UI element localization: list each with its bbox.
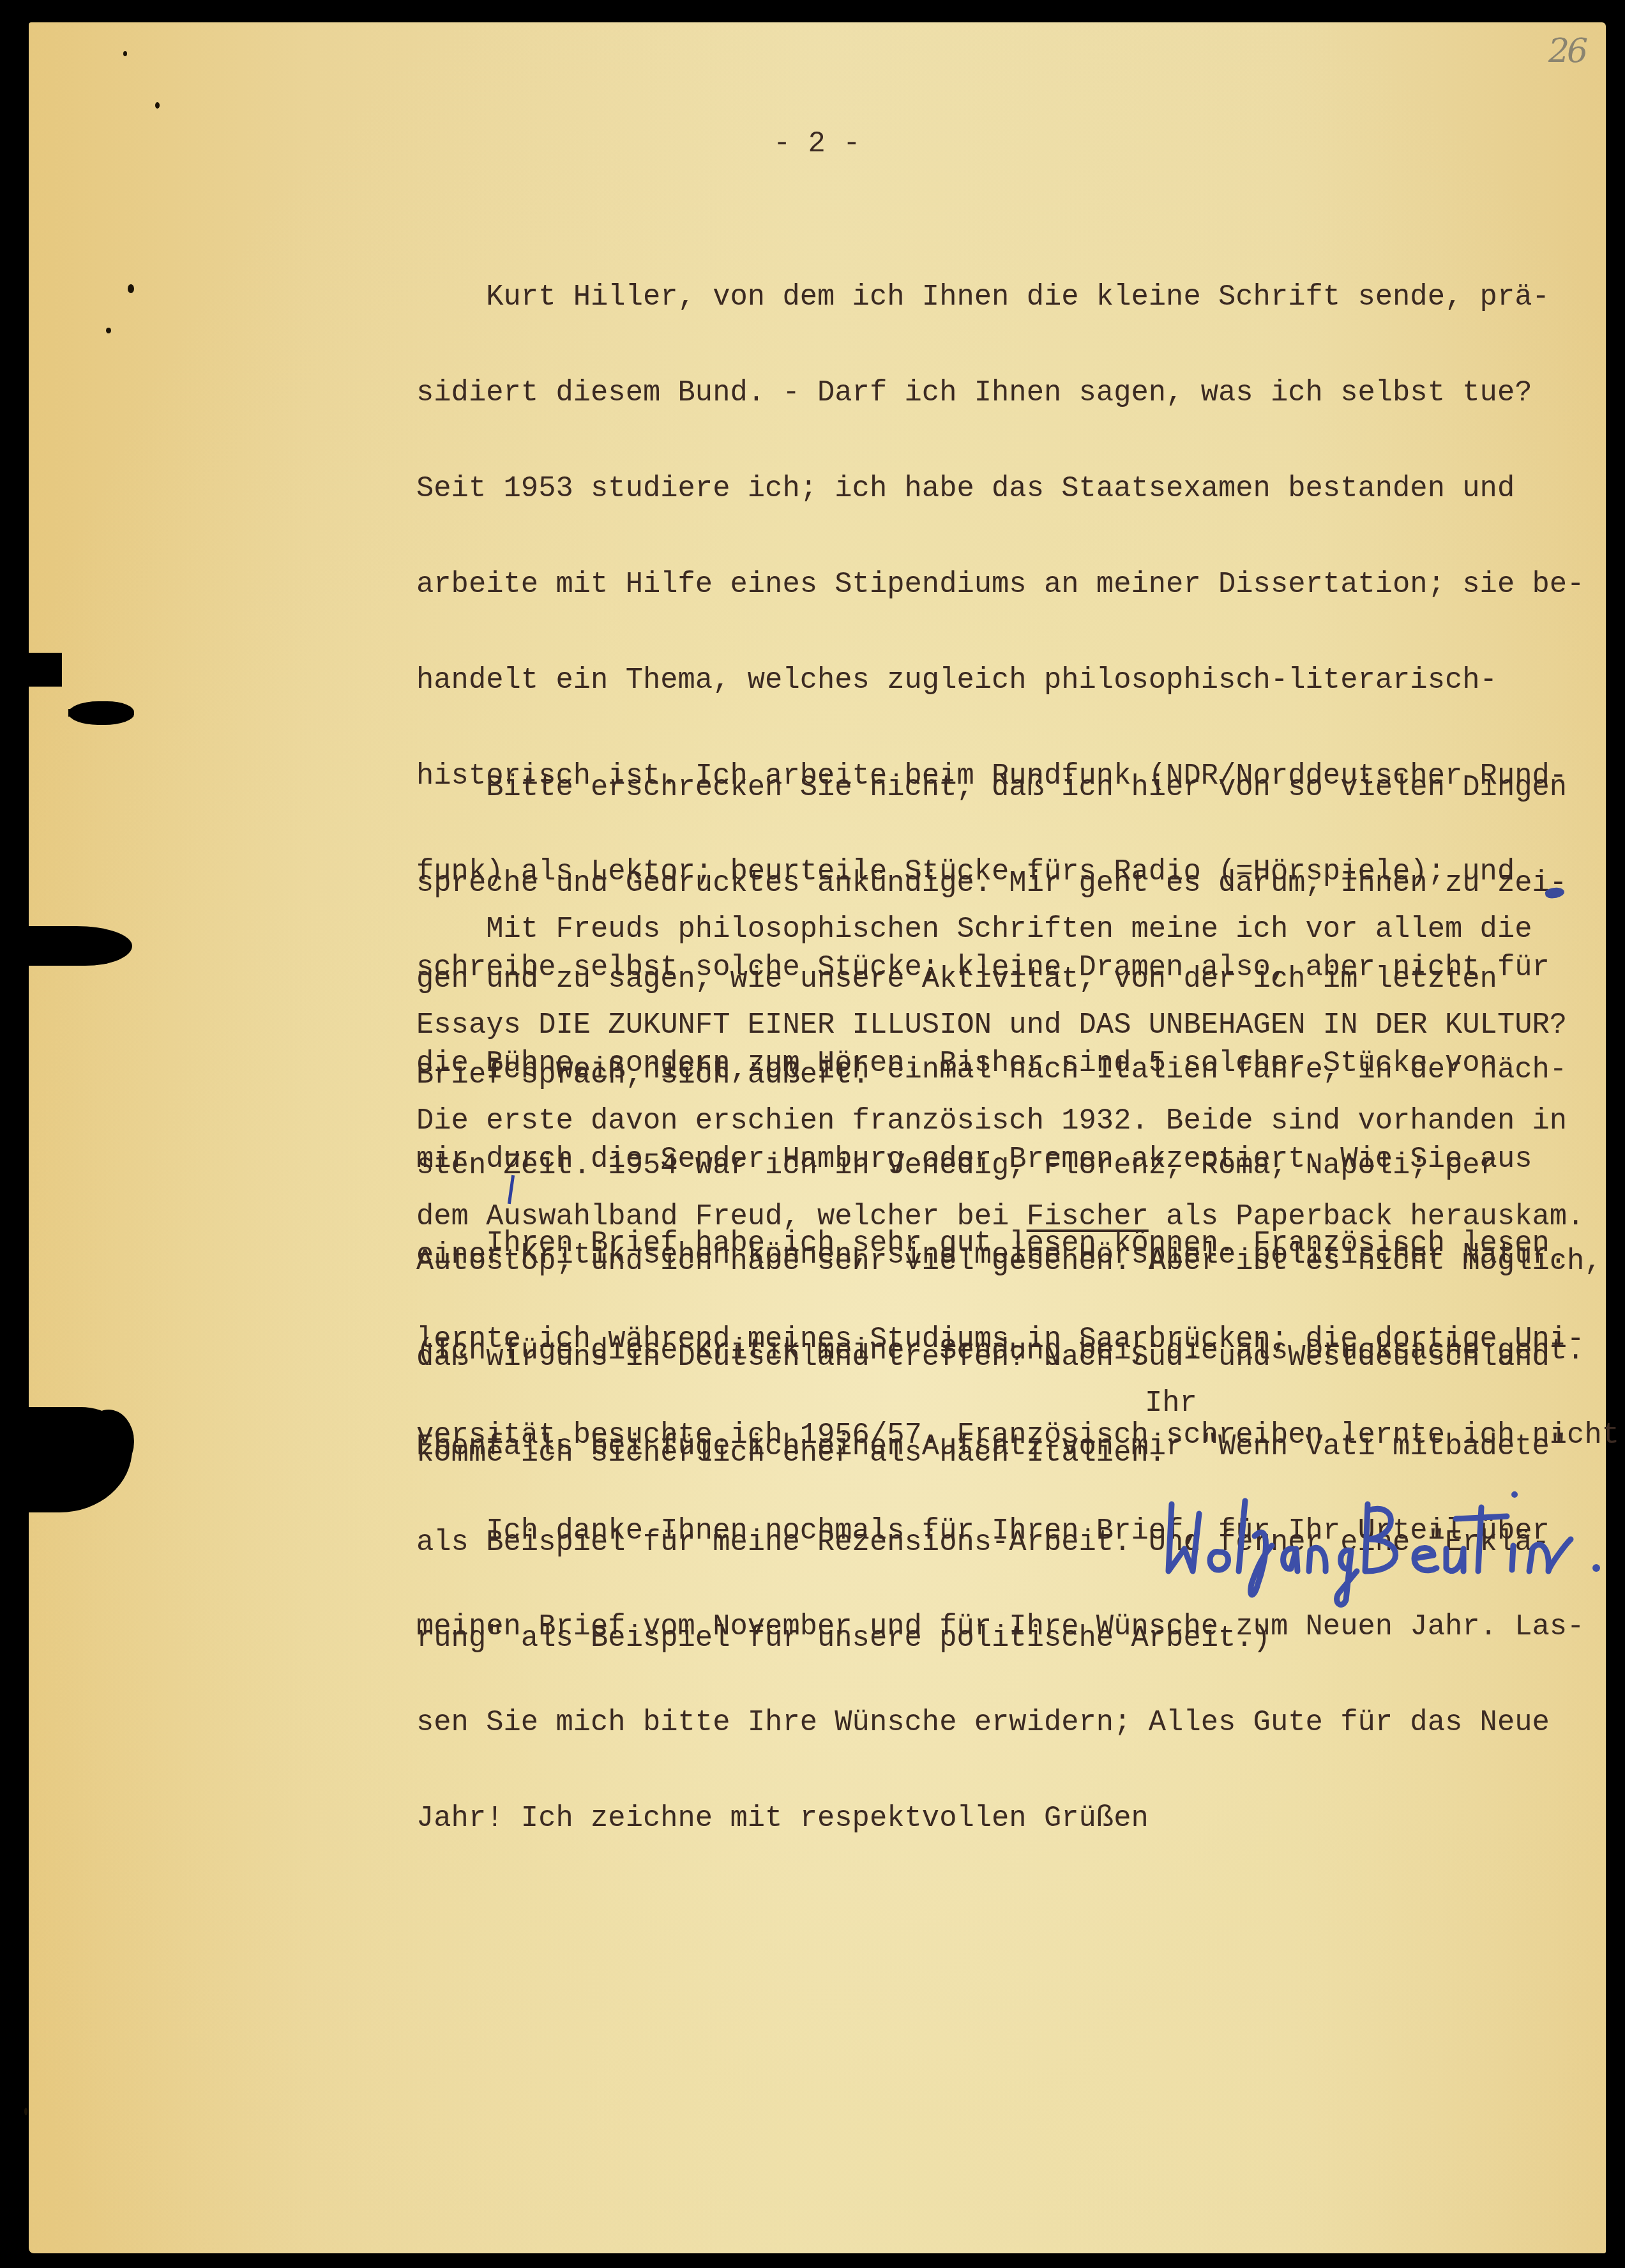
text-line: sidiert diesem Bund. - Darf ich Ihnen sa… <box>416 377 1584 409</box>
text-line: Ihren Brief habe ich sehr gut lesen könn… <box>416 1228 1625 1260</box>
text-line: sen Sie mich bitte Ihre Wünsche erwidern… <box>416 1707 1625 1739</box>
text-line: arbeite mit Hilfe eines Stipendiums an m… <box>416 568 1584 600</box>
text-line: Ich weiß nicht, ob ich einmal nach Itali… <box>416 1054 1602 1086</box>
text-line: Mit Freuds philosophischen Schriften mei… <box>416 913 1584 945</box>
closing-word: Ihr <box>1145 1387 1197 1419</box>
pinhole <box>123 51 127 56</box>
text-line: lernte ich während meines Studiums in Sa… <box>416 1323 1625 1355</box>
text-line: Kurt Hiller, von dem ich Ihnen die klein… <box>416 281 1584 313</box>
handwritten-signature <box>1124 1475 1609 1616</box>
text-line: Bitte erschrecken Sie nicht, daß ich hie… <box>416 772 1567 803</box>
pinhole <box>155 102 160 109</box>
text-line: versität besuchte ich 1956/57. Französis… <box>416 1419 1625 1451</box>
paper-tear-lobe <box>83 1410 134 1473</box>
text-line: Jahr! Ich zeichne mit respektvollen Grüß… <box>416 1802 1625 1834</box>
pinhole <box>106 328 111 333</box>
text-line: Seit 1953 studiere ich; ich habe das Sta… <box>416 473 1584 505</box>
paper-notch <box>29 653 62 687</box>
paper-tear <box>29 926 132 966</box>
text-line: handelt ein Thema, welches zugleich phil… <box>416 664 1584 696</box>
archive-page-number: 26 <box>1548 32 1585 70</box>
pinhole <box>24 2108 27 2115</box>
page-header: - 2 - <box>773 128 861 160</box>
pinhole <box>128 284 134 293</box>
punch-hole-tail <box>68 709 94 717</box>
